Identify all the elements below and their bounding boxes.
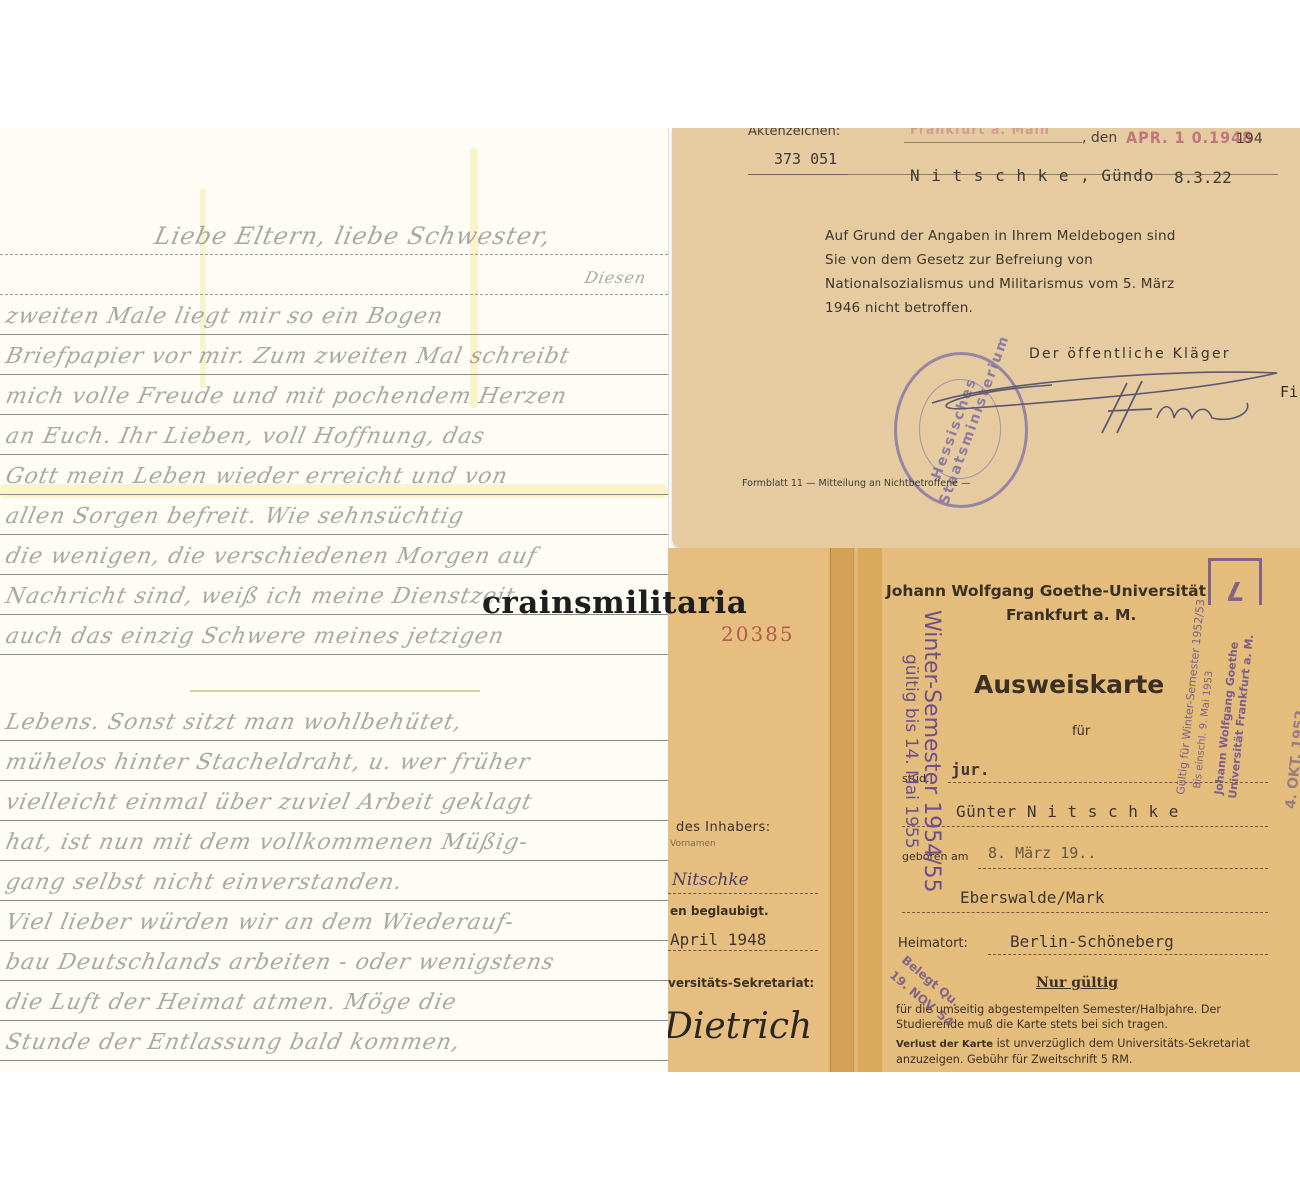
secretariat-label: versitäts-Sekretariat: — [668, 976, 814, 990]
addressee-name: N i t s c h k e , Gündo — [910, 166, 1155, 185]
letter-line: auch das einzig Schwere meines jetzigen — [3, 624, 506, 649]
holder-name-hint: Vornamen — [670, 839, 716, 849]
loss-notice: Verlust der Karte ist unverzüglich dem U… — [896, 1036, 1276, 1067]
university-city: Frankfurt a. M. — [1006, 606, 1136, 624]
semester-stamp: Winter-Semester 1954/55 — [919, 610, 944, 893]
letter-line: Gott mein Leben wieder erreicht und von — [3, 464, 510, 489]
letter-line: die wenigen, die verschiedenen Morgen au… — [3, 544, 539, 569]
letter-margin-note: Diesen — [583, 268, 648, 287]
holder-label: des Inhabers: — [676, 820, 771, 835]
letter-greeting: Liebe Eltern, liebe Schwester, — [152, 222, 554, 250]
letter-line: die Luft der Heimat atmen. Möge die — [3, 990, 459, 1015]
holder-signature: Nitschke — [672, 870, 749, 890]
letter-separator — [190, 690, 480, 692]
date-stamp: APR. 1 0.1948 — [1126, 128, 1253, 147]
letter-line: mich volle Freude und mit pochendem Herz… — [3, 384, 569, 409]
university-name: Johann Wolfgang Goethe-Universität — [886, 582, 1206, 600]
student-name: Günter N i t s c h k e — [956, 802, 1179, 821]
letter-line: an Euch. Ihr Lieben, voll Hoffnung, das — [3, 424, 487, 449]
home-value: Berlin-Schöneberg — [1010, 932, 1174, 951]
student-id-card: 20385 des Inhabers: Vornamen Nitschke en… — [668, 548, 1300, 1072]
letter-line: mühelos hinter Stacheldraht, u. wer früh… — [3, 750, 532, 775]
card-serial-number: 20385 — [721, 622, 795, 646]
file-number: 373 051 — [774, 150, 837, 168]
prosecutor-signature — [912, 363, 1292, 443]
letter-line: hat, ist nun mit dem vollkommenen Müßig- — [3, 830, 530, 855]
birthplace: Eberswalde/Mark — [960, 888, 1105, 907]
letter-line: vielleicht einmal über zuviel Arbeit gek… — [3, 790, 534, 815]
formblatt-11-card: Aktenzeichen: 373 051 Frankfurt a. Main … — [672, 128, 1300, 548]
stud-value: jur. — [951, 760, 990, 779]
letter-line: allen Sorgen befreit. Wie sehnsüchtig — [3, 504, 466, 529]
secretariat-signature: Dietrich — [668, 1006, 812, 1047]
for-label: für — [1072, 724, 1090, 739]
letter-line: Viel lieber würden wir an dem Wiederauf- — [3, 910, 516, 935]
issue-date: April 1948 — [670, 930, 766, 949]
date-suffix: 194 — [1236, 131, 1263, 147]
letter-line: Briefpapier vor mir. Zum zweiten Mal sch… — [3, 344, 572, 369]
letter-line: Stunde der Entlassung bald kommen, — [3, 1030, 462, 1055]
letter-line: zweiten Male liegt mir so ein Bogen — [3, 304, 445, 329]
semester-box-stamp: 7 — [1208, 558, 1262, 605]
exemption-text: Auf Grund der Angaben in Ihrem Meldeboge… — [825, 224, 1185, 320]
letter-line: Lebens. Sonst sitzt man wohlbehütet, — [3, 710, 464, 735]
place-stamp: Frankfurt a. Main — [910, 128, 1050, 138]
watermark: crainsmilitaria — [482, 585, 747, 621]
letter-line: bau Deutschlands arbeiten - oder wenigst… — [3, 950, 557, 975]
certified-label: en beglaubigt. — [670, 904, 769, 918]
home-label: Heimatort: — [898, 936, 968, 951]
signatory-title: Der öffentliche Kläger — [1029, 346, 1231, 362]
valid-heading: Nur gültig — [1036, 975, 1118, 991]
date-prefix: , den — [1082, 130, 1117, 146]
addressee-birthdate: 8.3.22 — [1174, 168, 1232, 187]
form-footer: Formblatt 11 — Mitteilung an Nichtbetrof… — [742, 478, 970, 489]
semester-valid-stamp: gültig bis 14. Mai 1955 — [901, 654, 921, 849]
born-value: 8. März 19.. — [988, 844, 1096, 862]
card-title: Ausweiskarte — [974, 670, 1164, 699]
letter-line: gang selbst nicht einverstanden. — [3, 870, 405, 895]
file-number-label: Aktenzeichen: — [748, 128, 840, 139]
letter-line: Nachricht sind, weiß ich meine Dienstzei… — [3, 584, 517, 609]
typed-fragment: Fi — [1280, 383, 1298, 401]
